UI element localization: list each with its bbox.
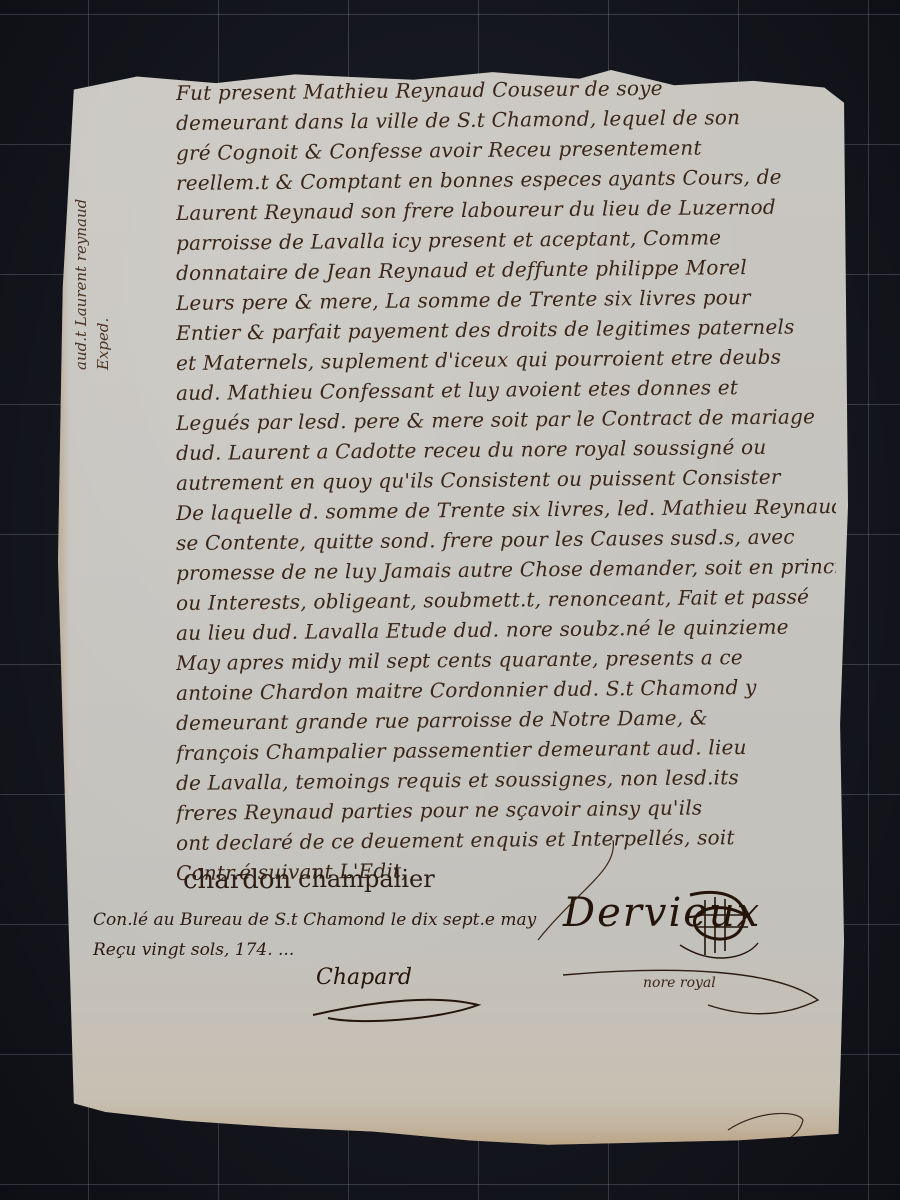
registration-control-note: Con.lé au Bureau de S.t Chamond le dix s… — [93, 905, 536, 965]
margin-line: aud.t Laurent reynaud — [70, 110, 92, 370]
witness-signature-chardon: chardon — [183, 865, 291, 895]
manuscript-page: aud.t Laurent reynaud Exped. Fut present… — [58, 70, 848, 1160]
clerk-signature: Chapard — [316, 965, 412, 990]
paper-stain-bottom — [58, 1100, 848, 1160]
control-line: Con.lé au Bureau de S.t Chamond le dix s… — [93, 905, 536, 935]
margin-line: Exped. — [92, 110, 114, 370]
act-body-text: Fut present Mathieu Reynaud Couseur de s… — [176, 78, 836, 888]
notary-paraph-flourish-icon — [670, 885, 760, 965]
control-line: Reçu vingt sols, 174. ... — [93, 935, 536, 965]
notary-title: nore royal — [643, 975, 716, 991]
paper-stain-left — [58, 70, 70, 1160]
margin-annotation: aud.t Laurent reynaud Exped. — [70, 110, 114, 370]
witness-signature-champalier: champalier — [298, 865, 435, 893]
